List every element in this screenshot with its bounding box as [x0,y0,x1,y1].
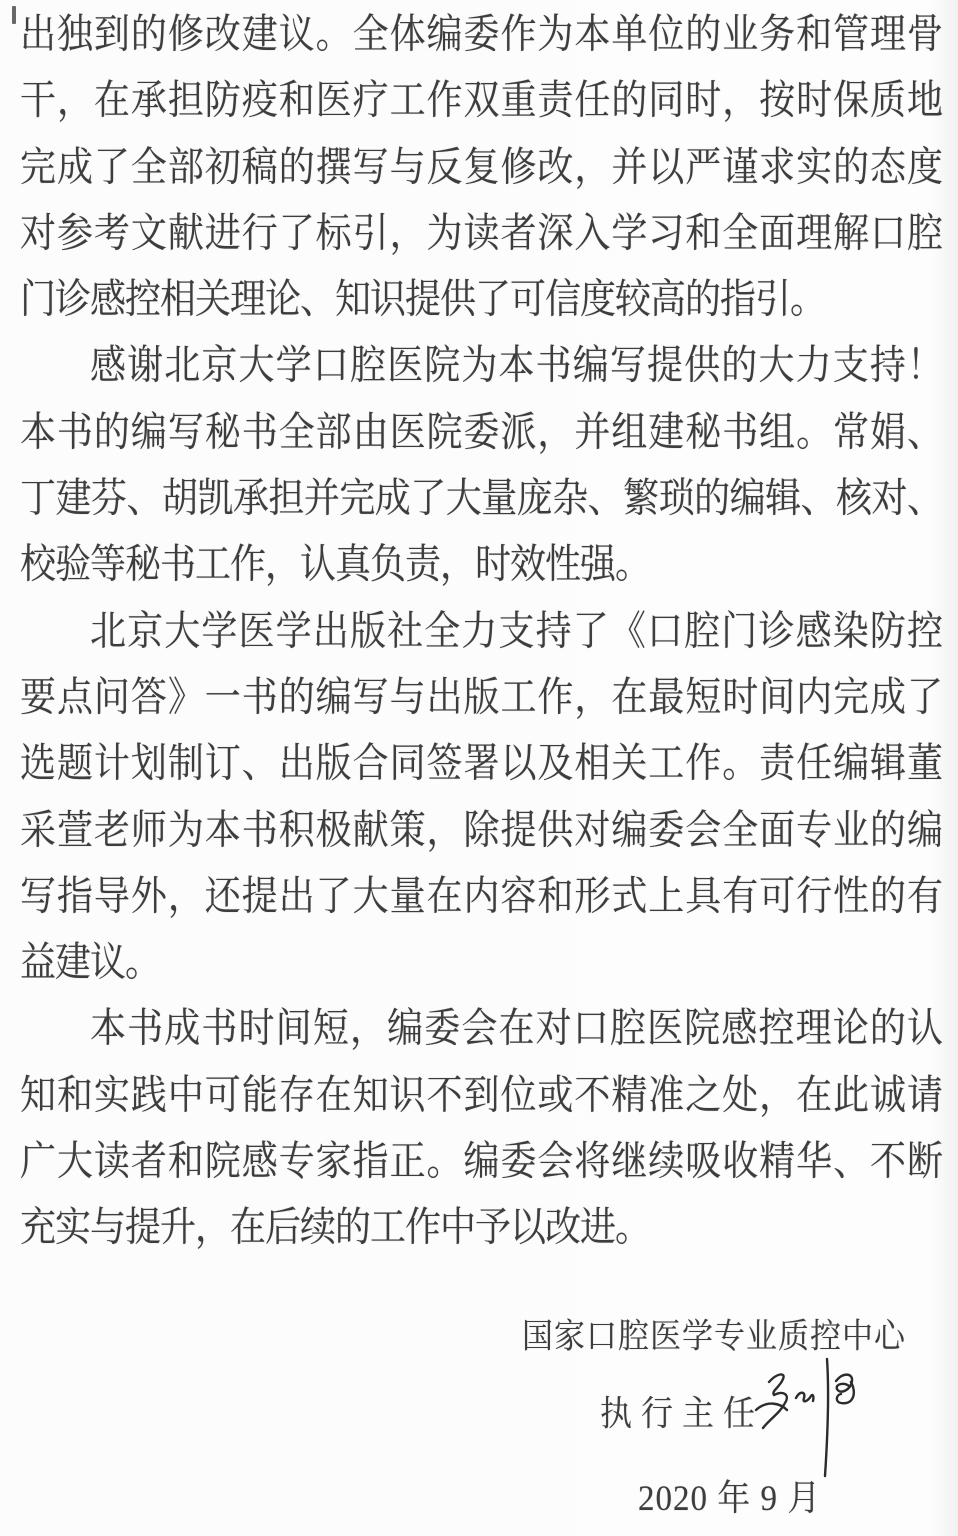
body-line: 干，在承担防疫和医疗工作双重责任的同时，按时保质地 [20,63,942,137]
body-line: 对参考文献进行了标引，为读者深入学习和全面理解口腔 [20,196,942,270]
body-line: 本书的编写秘书全部由医院委派，并组建秘书组。常娟、 [20,395,942,469]
body-line: 选题计划制订、出版合同签署以及相关工作。责任编辑董 [20,726,942,800]
body-line: 校验等秘书工作，认真负责，时效性强。 [20,527,942,601]
body-line: 出独到的修改建议。全体编委作为本单位的业务和管理骨 [20,0,942,71]
scan-artifact [12,6,16,24]
handwritten-signature-icon [740,1352,885,1482]
body-line: 充实与提升，在后续的工作中予以改进。 [20,1190,942,1264]
body-line: 门诊感控相关理论、知识提供了可信度较高的指引。 [20,262,942,336]
body-line: 益建议。 [20,925,942,999]
body-line: 采萱老师为本书积极献策，除提供对编委会全面专业的编 [20,793,942,867]
body-line: 知和实践中可能存在知识不到位或不精准之处，在此诚请 [20,1058,942,1132]
closing-date: 2020 年 9 月 [638,1470,821,1521]
body-line: 广大读者和院感专家指正。编委会将继续吸收精华、不断 [20,1124,942,1198]
body-line: 感谢北京大学口腔医院为本书编写提供的大力支持！ [20,329,942,403]
body-line: 要点问答》一书的编写与出版工作，在最短时间内完成了 [20,660,942,734]
document-page: 出独到的修改建议。全体编委作为本单位的业务和管理骨 干，在承担防疫和医疗工作双重… [0,0,958,1536]
body-line: 丁建芬、胡凯承担并完成了大量庞杂、繁琐的编辑、核对、 [20,461,942,535]
body-line: 本书成书时间短，编委会在对口腔医院感控理论的认 [20,991,942,1065]
body-text: 出独到的修改建议。全体编委作为本单位的业务和管理骨 干，在承担防疫和医疗工作双重… [20,1,942,1261]
body-line: 写指导外，还提出了大量在内容和形式上具有可行性的有 [20,859,942,933]
closing-organization: 国家口腔医学专业质控中心 [0,1308,906,1358]
body-line: 完成了全部初稿的撰写与反复修改，并以严谨求实的态度 [20,130,942,204]
body-line: 北京大学医学出版社全力支持了《口腔门诊感染防控 [20,594,942,668]
